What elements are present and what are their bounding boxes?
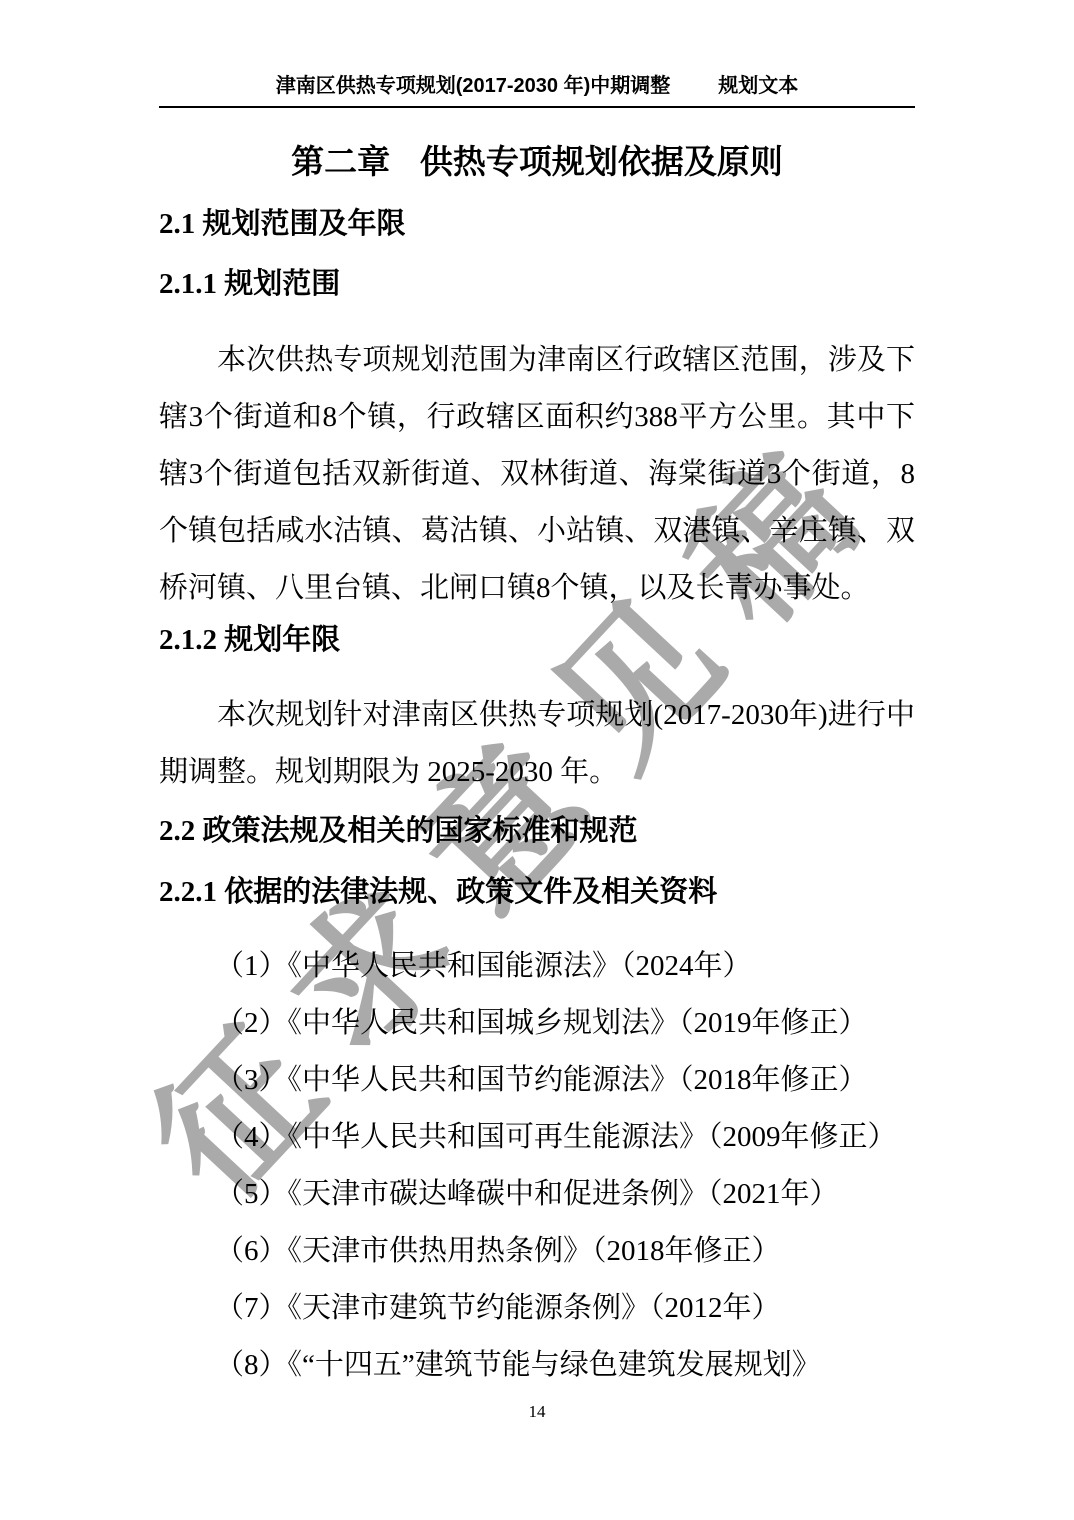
list-item: （8）《“十四五”建筑节能与绿色建筑发展规划》 bbox=[159, 1337, 915, 1394]
list-item: （4）《中华人民共和国可再生能源法》（2009年修正） bbox=[159, 1109, 915, 1166]
list-item: （3）《中华人民共和国节约能源法》（2018年修正） bbox=[159, 1052, 915, 1109]
header-doc-type: 规划文本 bbox=[718, 74, 798, 98]
chapter-label: 第二章 bbox=[291, 143, 390, 180]
list-item: （1）《中华人民共和国能源法》（2024年） bbox=[159, 938, 915, 995]
header-document-title: 津南区供热专项规划(2017-2030 年)中期调整 bbox=[276, 74, 671, 98]
list-item: （5）《天津市碳达峰碳中和促进条例》（2021年） bbox=[159, 1166, 915, 1223]
section-heading-2-1-1: 2.1.1 规划范围 bbox=[159, 267, 915, 301]
section-heading-2-1: 2.1 规划范围及年限 bbox=[159, 207, 915, 241]
chapter-title-text: 供热专项规划依据及原则 bbox=[420, 143, 783, 180]
list-item: （6）《天津市供热用热条例》（2018年修正） bbox=[159, 1223, 915, 1280]
list-item: （2）《中华人民共和国城乡规划法》（2019年修正） bbox=[159, 995, 915, 1052]
page-number: 14 bbox=[0, 1402, 1074, 1422]
page-content: 津南区供热专项规划(2017-2030 年)中期调整 规划文本 第二章供热专项规… bbox=[0, 0, 1074, 1422]
chapter-title: 第二章供热专项规划依据及原则 bbox=[159, 142, 915, 182]
section-heading-2-2-1: 2.2.1 依据的法律法规、政策文件及相关资料 bbox=[159, 875, 915, 909]
document-page: 征求意见稿 津南区供热专项规划(2017-2030 年)中期调整 规划文本 第二… bbox=[0, 0, 1074, 1520]
section-heading-2-2: 2.2 政策法规及相关的国家标准和规范 bbox=[159, 814, 915, 848]
list-item: （7）《天津市建筑节约能源条例》（2012年） bbox=[159, 1280, 915, 1337]
reference-list: （1）《中华人民共和国能源法》（2024年） （2）《中华人民共和国城乡规划法》… bbox=[159, 938, 915, 1394]
paragraph-planning-period: 本次规划针对津南区供热专项规划(2017-2030年)进行中期调整。规划期限为 … bbox=[159, 687, 915, 801]
page-header: 津南区供热专项规划(2017-2030 年)中期调整 规划文本 bbox=[159, 0, 915, 108]
paragraph-planning-scope: 本次供热专项规划范围为津南区行政辖区范围，涉及下辖3个街道和8个镇，行政辖区面积… bbox=[159, 332, 915, 617]
section-heading-2-1-2: 2.1.2 规划年限 bbox=[159, 623, 915, 657]
